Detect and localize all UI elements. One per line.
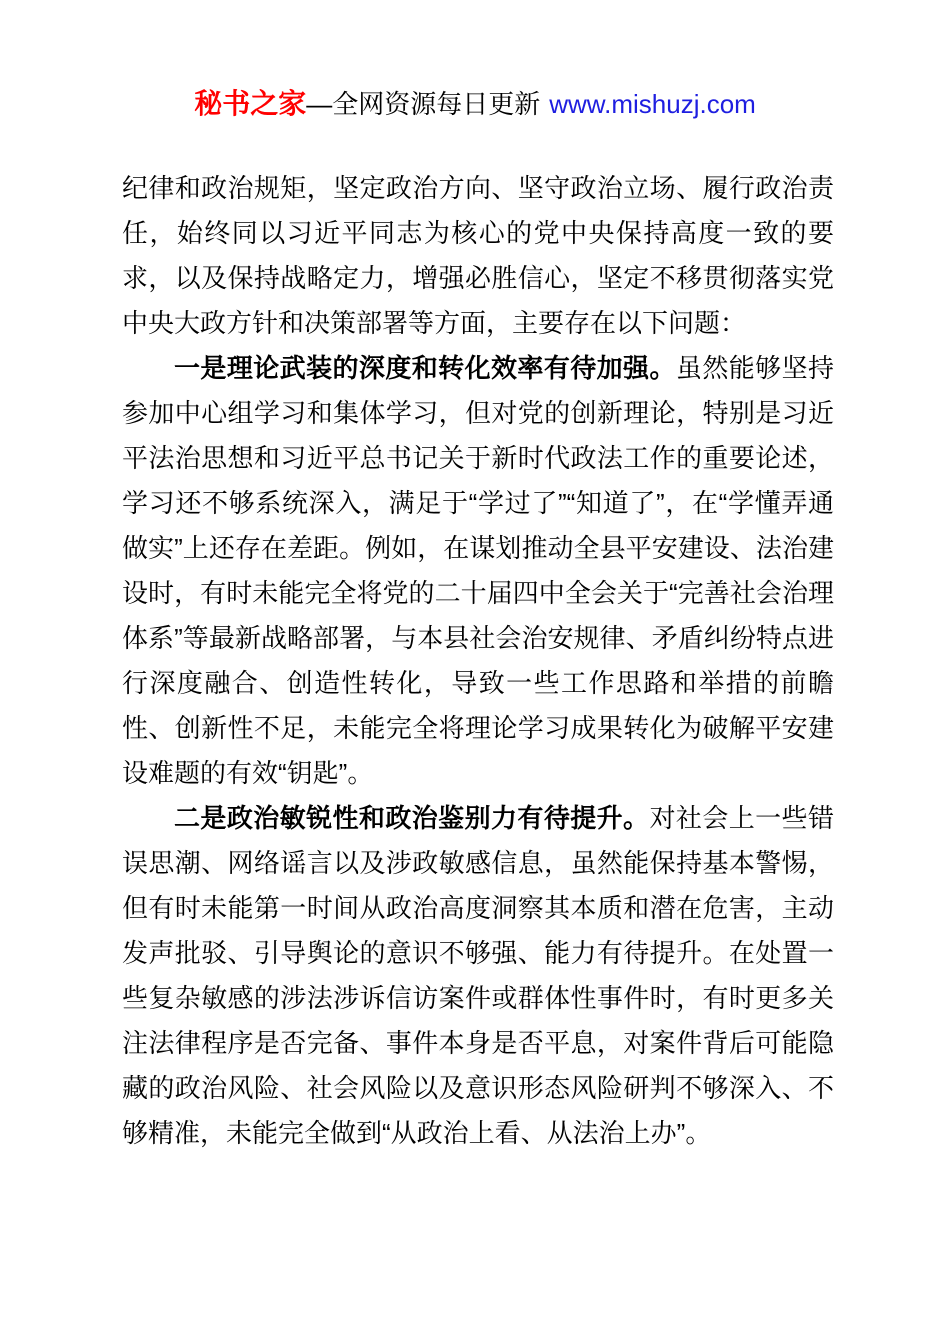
paragraph-point-1: 一是理论武装的深度和转化效率有待加强。虽然能够坚持参加中心组学习和集体学习，但对… [122, 346, 834, 796]
site-tagline: —全网资源每日更新 [306, 89, 540, 119]
point-1-heading: 一是理论武装的深度和转化效率有待加强。 [174, 353, 676, 383]
site-name: 秘书之家 [194, 88, 306, 119]
site-url-link[interactable]: www.mishuzj.com [549, 89, 756, 119]
paragraph-intro: 纪律和政治规矩，坚定政治方向、坚守政治立场、履行政治责任，始终同以习近平同志为核… [122, 166, 834, 346]
document-page: 秘书之家—全网资源每日更新www.mishuzj.com 纪律和政治规矩，坚定政… [0, 0, 950, 1344]
point-2-heading: 二是政治敏锐性和政治鉴别力有待提升。 [174, 803, 649, 833]
point-1-text: 虽然能够坚持参加中心组学习和集体学习，但对党的创新理论，特别是习近平法治思想和习… [122, 353, 834, 788]
site-header: 秘书之家—全网资源每日更新www.mishuzj.com [0, 86, 950, 122]
document-body: 纪律和政治规矩，坚定政治方向、坚守政治立场、履行政治责任，始终同以习近平同志为核… [122, 166, 834, 1156]
point-2-text: 对社会上一些错误思潮、网络谣言以及涉政敏感信息，虽然能保持基本警惕，但有时未能第… [122, 803, 834, 1148]
paragraph-point-2: 二是政治敏锐性和政治鉴别力有待提升。对社会上一些错误思潮、网络谣言以及涉政敏感信… [122, 796, 834, 1156]
paragraph-intro-text: 纪律和政治规矩，坚定政治方向、坚守政治立场、履行政治责任，始终同以习近平同志为核… [122, 173, 834, 338]
